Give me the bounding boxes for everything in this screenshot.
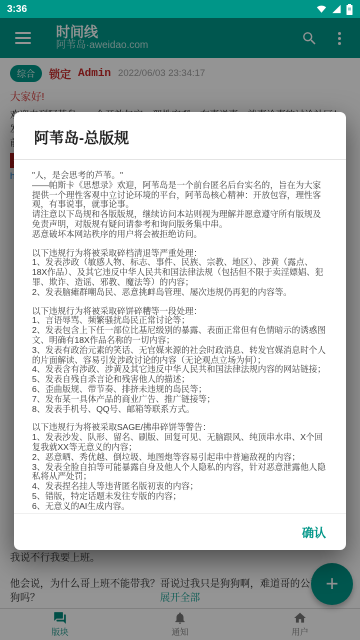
rules-paragraph-moderate: 以下违规行为将被采取碎饼碎糟等一段处理： 1、言语辱骂、频繁骚扰岛民正常讨论等；… — [32, 307, 328, 415]
cellular-signal-icon — [331, 4, 342, 14]
dialog-footer: 确认 — [14, 513, 346, 550]
rules-paragraph-intro: "人，是会思考的芦苇。" ——帕斯卡《思想录》欢迎，阿苇岛是一个前台匿名后台实名… — [32, 171, 328, 240]
rules-paragraph-severe: 以下违规行为将被采取碎档清退等严重处理： 1、发表涉政（敏感人物、标志、事件、民… — [32, 249, 328, 298]
dialog-title: 阿苇岛-总版规 — [14, 112, 346, 159]
dialog-body[interactable]: "人，是会思考的芦苇。" ——帕斯卡《思想录》欢迎，阿苇岛是一个前台匿名后台实名… — [14, 160, 346, 513]
status-bar: 3:36 — [0, 0, 360, 18]
wifi-icon — [316, 4, 327, 14]
app-screen: 3:36 时间线 阿苇岛·aweidao.com 综合 锁定 Admin 202… — [0, 0, 360, 640]
rules-paragraph-warning: 以下违规行为将被采取SAGE/拂串碎饼等警告： 1、发表沙发、队形、留名、刷版、… — [32, 423, 328, 511]
rules-dialog: 阿苇岛-总版规 "人，是会思考的芦苇。" ——帕斯卡《思想录》欢迎，阿苇岛是一个… — [14, 112, 346, 550]
status-time: 3:36 — [7, 4, 27, 15]
confirm-button[interactable]: 确认 — [298, 518, 330, 547]
status-icons — [316, 4, 353, 15]
battery-icon — [346, 4, 353, 15]
